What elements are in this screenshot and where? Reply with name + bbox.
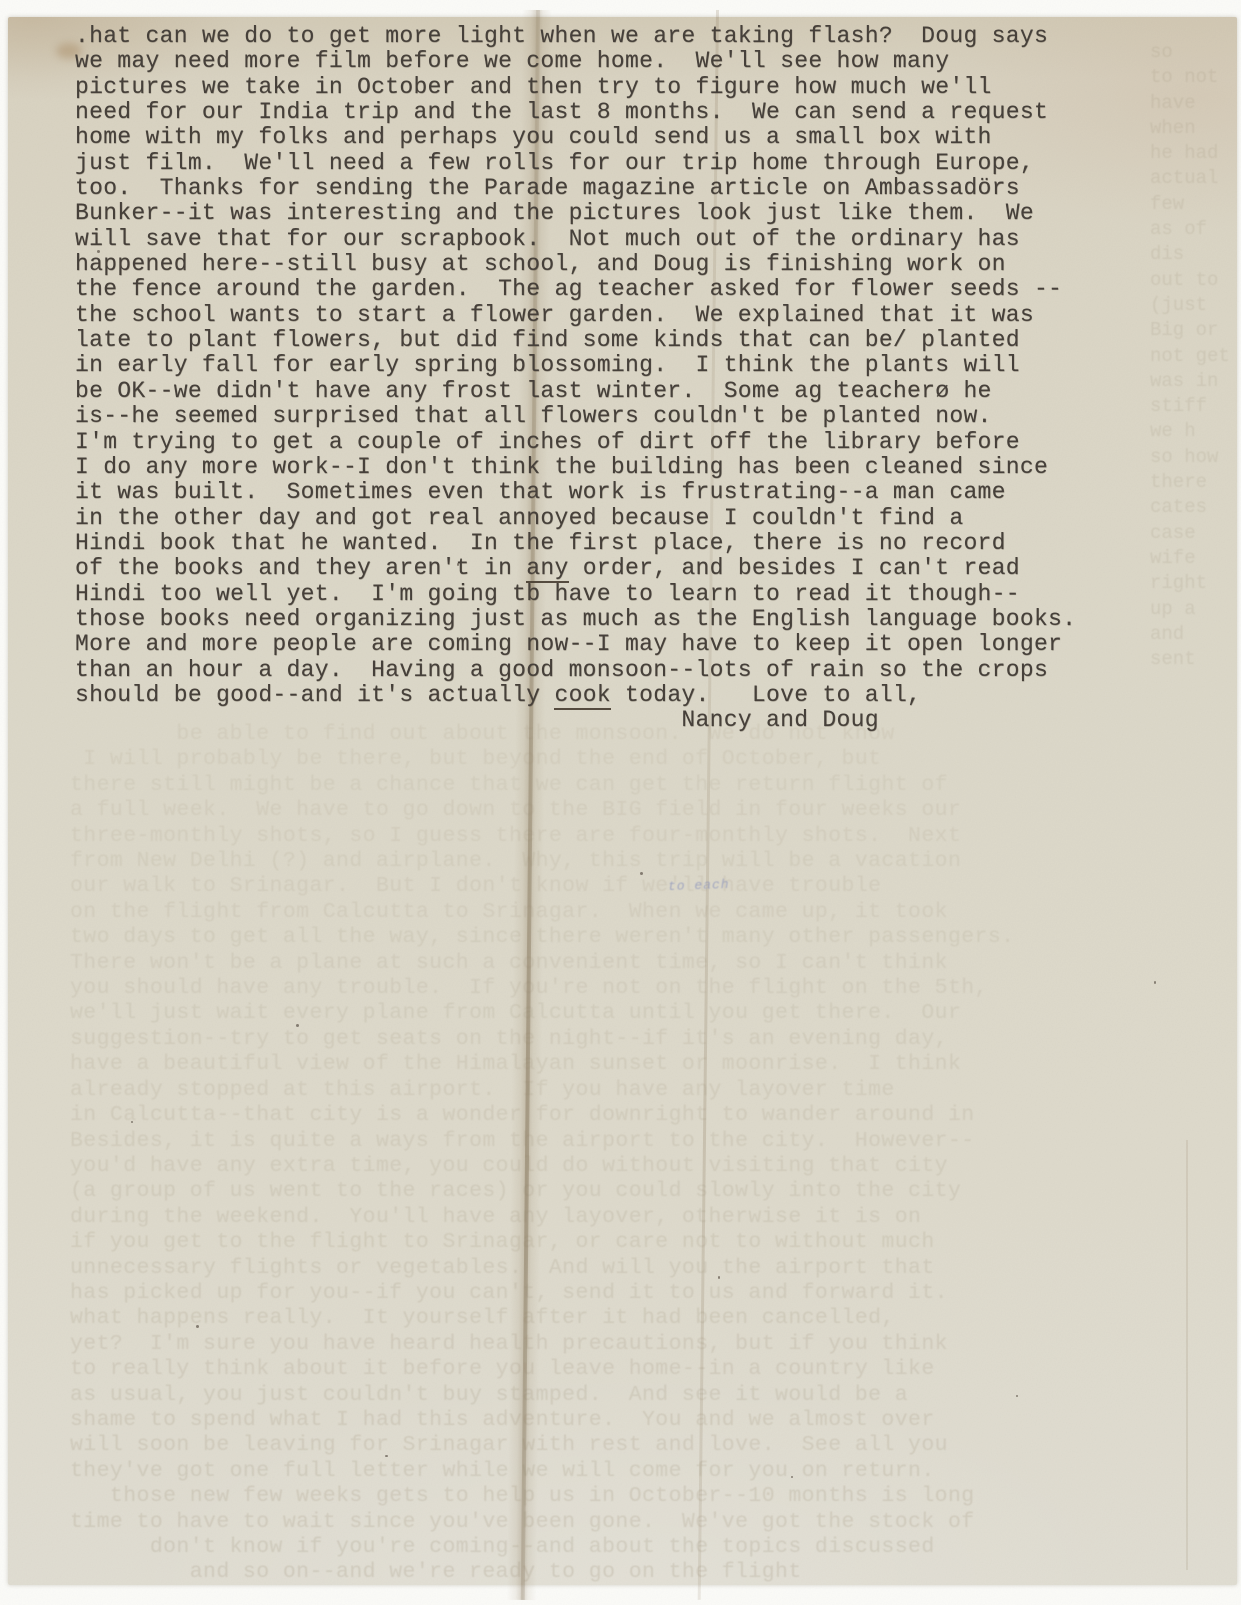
margin-ghost-fragment: not get <box>1150 344 1238 369</box>
margin-ghost-fragment: out to <box>1150 268 1238 293</box>
bleedthrough-line: if you get to the flight to Srinagar, or… <box>70 1230 1014 1255</box>
bleedthrough-line: as usual, you just couldn't buy stamped.… <box>70 1383 1014 1408</box>
margin-ghost-fragment: up a <box>1150 597 1238 622</box>
letter-line: than an hour a day. Having a good monsoo… <box>75 658 1076 683</box>
bleedthrough-line: I will probably be there, but beyond the… <box>70 747 1014 772</box>
bleedthrough-line: there still might be a chance that we ca… <box>70 773 1014 798</box>
bleedthrough-line: have a beautiful view of the Himalayan s… <box>70 1052 1014 1077</box>
letter-line: should be good--and it's actually cook t… <box>75 683 1076 708</box>
margin-ghost-fragment: case <box>1150 521 1238 546</box>
paper-speck <box>1016 1395 1018 1397</box>
margin-ghost-fragment: (just <box>1150 293 1238 318</box>
letter-line: Bunker--it was interesting and the pictu… <box>75 201 1076 226</box>
letter-line: just film. We'll need a few rolls for ou… <box>75 151 1076 176</box>
bleedthrough-line: There won't be a plane at such a conveni… <box>70 951 1014 976</box>
bleedthrough-text: be able to find out about the monsoon. W… <box>70 722 1014 1586</box>
margin-ghost-fragment: sent <box>1150 647 1238 672</box>
bleedthrough-line: two days to get all the way, since there… <box>70 925 1014 950</box>
scan-background: be able to find out about the monsoon. W… <box>0 0 1241 1605</box>
bleedthrough-line: a full week. We have to go down to the B… <box>70 798 1014 823</box>
bleedthrough-line: you should have any trouble. If you're n… <box>70 976 1014 1001</box>
bleedthrough-line: unnecessary flights or vegetables. And w… <box>70 1256 1014 1281</box>
bleedthrough-line: suggestion--try to get seats on the nigh… <box>70 1027 1014 1052</box>
margin-ghost-fragment: there <box>1150 470 1238 495</box>
letter-line: those books need organizing just as much… <box>75 607 1076 632</box>
bleedthrough-line: from New Delhi (?) and airplane. Why, th… <box>70 849 1014 874</box>
letter-line: it was built. Sometimes even that work i… <box>75 480 1076 505</box>
paper-speck <box>97 250 100 253</box>
bleedthrough-line: what happens really. It yourself after i… <box>70 1306 1014 1331</box>
margin-ghost-fragment: few <box>1150 192 1238 217</box>
margin-ghost-fragment: he had <box>1150 141 1238 166</box>
letter-line: I do any more work--I don't think the bu… <box>75 455 1076 480</box>
bleedthrough-line: you'd have any extra time, you could do … <box>70 1154 1014 1179</box>
underlined-word: cook <box>554 682 610 710</box>
letter-line: is--he seemed surprised that all flowers… <box>75 404 1076 429</box>
letter-line: Hindi book that he wanted. In the first … <box>75 531 1076 556</box>
bleedthrough-line: on the flight from Calcutta to Srinagar.… <box>70 900 1014 925</box>
bleedthrough-line: our walk to Srinagar. But I don't know i… <box>70 874 1014 899</box>
paper-speck <box>868 40 870 42</box>
bleedthrough-line: yet? I'm sure you have heard health prec… <box>70 1332 1014 1357</box>
letter-line: be OK--we didn't have any frost last win… <box>75 379 1076 404</box>
margin-ghost-fragment: as of <box>1150 217 1238 242</box>
underlined-word: any <box>526 555 568 583</box>
paper-speck <box>640 872 643 875</box>
bleedthrough-line: has picked up for you--if you can't, sen… <box>70 1281 1014 1306</box>
letter-line: happened here--still busy at school, and… <box>75 252 1076 277</box>
margin-ghost-fragment: stiff <box>1150 394 1238 419</box>
bleedthrough-line: in Calcutta--that city is a wonder for d… <box>70 1103 1014 1128</box>
paper-speck <box>718 1276 720 1279</box>
paper-speck <box>131 1121 133 1123</box>
blue-ink-note: to each <box>668 877 730 894</box>
margin-ghost-fragment: to not <box>1150 65 1238 90</box>
paper-speck <box>1154 981 1156 984</box>
bleedthrough-line: shame to spend what I had this adventure… <box>70 1408 1014 1433</box>
bleedthrough-line: already stopped at this airport. If you … <box>70 1078 1014 1103</box>
letter-line: of the books and they aren't in any orde… <box>75 556 1076 581</box>
letter-line: More and more people are coming now--I m… <box>75 632 1076 657</box>
letter-body: .hat can we do to get more light when we… <box>75 24 1076 734</box>
bleedthrough-line: (a group of us went to the races) or you… <box>70 1179 1014 1204</box>
margin-ghost-fragment: dis <box>1150 242 1238 267</box>
letter-line: I'm trying to get a couple of inches of … <box>75 430 1076 455</box>
letter-line: home with my folks and perhaps you could… <box>75 125 1076 150</box>
margin-ghost-fragment: when <box>1150 116 1238 141</box>
paper-speck <box>196 1325 199 1328</box>
letter-line: need for our India trip and the last 8 m… <box>75 100 1076 125</box>
margin-ghost-fragment: actual <box>1150 166 1238 191</box>
letter-line: we may need more film before we come hom… <box>75 49 1076 74</box>
paper-speck <box>385 1455 388 1457</box>
paper-speck <box>457 563 459 566</box>
bleedthrough-line: during the weekend. You'll have any layo… <box>70 1205 1014 1230</box>
margin-ghost-fragment: cates <box>1150 495 1238 520</box>
bleedthrough-line: to really think about it before you leav… <box>70 1357 1014 1382</box>
margin-ghost-fragment: was in <box>1150 369 1238 394</box>
letter-line: too. Thanks for sending the Parade magaz… <box>75 176 1076 201</box>
letter-line: in the other day and got real annoyed be… <box>75 506 1076 531</box>
margin-ghost-column: soto nothavewhenhe hadactualfewas ofdiso… <box>1150 40 1238 700</box>
margin-ghost-fragment: we h <box>1150 419 1238 444</box>
letter-line: in early fall for early spring blossomin… <box>75 353 1076 378</box>
bleedthrough-line: three-monthly shots, so I guess there ar… <box>70 824 1014 849</box>
bleedthrough-line: will soon be leaving for Srinagar with r… <box>70 1433 1014 1458</box>
margin-ghost-fragment: so how <box>1150 445 1238 470</box>
margin-ghost-fragment: Big or <box>1150 318 1238 343</box>
bleedthrough-line: time to have to wait since you've been g… <box>70 1510 1014 1535</box>
letter-line: late to plant flowers, but did find some… <box>75 328 1076 353</box>
margin-ghost-fragment: have <box>1150 91 1238 116</box>
letter-line: pictures we take in October and then try… <box>75 75 1076 100</box>
paper-speck <box>296 1024 299 1027</box>
paper-speck <box>791 1476 793 1478</box>
margin-ghost-fragment: wife <box>1150 546 1238 571</box>
letter-line: Nancy and Doug <box>75 708 1076 733</box>
letter-line: the fence around the garden. The ag teac… <box>75 277 1076 302</box>
margin-ghost-fragment: so <box>1150 40 1238 65</box>
bleedthrough-line: we'll just wait every plane from Calcutt… <box>70 1001 1014 1026</box>
letter-line: .hat can we do to get more light when we… <box>75 24 1076 49</box>
margin-ghost-fragment: and <box>1150 622 1238 647</box>
letter-line: the school wants to start a flower garde… <box>75 303 1076 328</box>
margin-ghost-fragment: right <box>1150 571 1238 596</box>
bleedthrough-line: and so on--and we're ready to go on the … <box>70 1560 1014 1585</box>
bleedthrough-line: those new few weeks gets to help us in O… <box>70 1484 1014 1509</box>
letter-line: will save that for our scrapbook. Not mu… <box>75 227 1076 252</box>
bleedthrough-line: Besides, it is quite a ways from the air… <box>70 1129 1014 1154</box>
letter-line: Hindi too well yet. I'm going tb have to… <box>75 582 1076 607</box>
bleedthrough-line: they've got one full letter while we wil… <box>70 1459 1014 1484</box>
bleedthrough-line: don't know if you're coming--and about t… <box>70 1535 1014 1560</box>
